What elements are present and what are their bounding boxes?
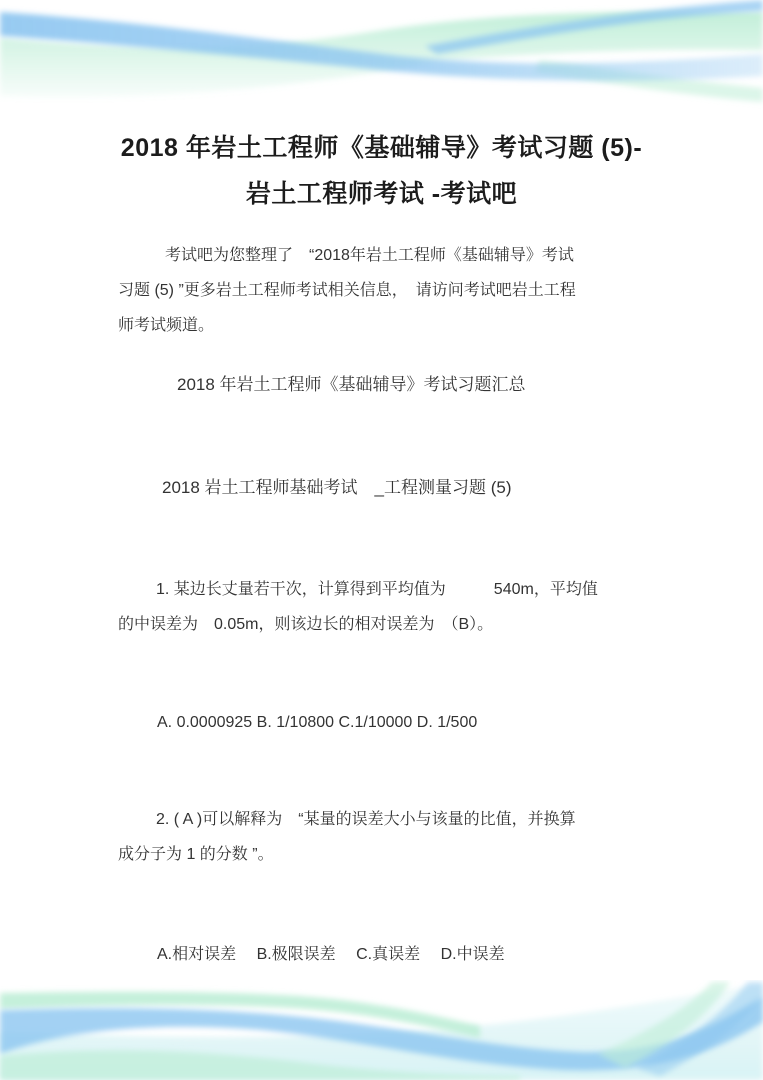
intro-line-2: 习题 (5) ”更多岩土工程师考试相关信息， 请访问考试吧岩土工程 — [118, 273, 652, 308]
exam-document-page: 2018 年岩土工程师《基础辅导》考试习题 (5)- 岩土工程师考试 -考试吧 … — [0, 0, 763, 1080]
top-wave-decoration — [0, 0, 763, 130]
question-2: 2. ( A )可以解释为 “某量的误差大小与该量的比值，并换算 成分子为 1 … — [118, 802, 652, 872]
page-title-line-2: 岩土工程师考试 -考试吧 — [0, 171, 763, 217]
question-2-line-1: 2. ( A )可以解释为 “某量的误差大小与该量的比值，并换算 — [118, 802, 652, 837]
question-1: 1. 某边长丈量若干次，计算得到平均值为 540m，平均值 的中误差为 0.05… — [118, 572, 652, 642]
question-1-options: A. 0.0000925 B. 1/10800 C.1/10000 D. 1/5… — [157, 712, 477, 734]
page-title-line-1: 2018 年岩土工程师《基础辅导》考试习题 (5)- — [0, 125, 763, 171]
question-1-line-2: 的中误差为 0.05m，则该边长的相对误差为 （B）。 — [118, 607, 652, 642]
bottom-wave-decoration — [0, 980, 763, 1080]
section-heading: 2018 岩土工程师基础考试 _工程测量习题 (5) — [162, 477, 512, 499]
question-2-line-2: 成分子为 1 的分数 ”。 — [118, 837, 652, 872]
page-title: 2018 年岩土工程师《基础辅导》考试习题 (5)- 岩土工程师考试 -考试吧 — [0, 125, 763, 217]
summary-heading: 2018 年岩土工程师《基础辅导》考试习题汇总 — [177, 374, 526, 396]
question-1-line-1: 1. 某边长丈量若干次，计算得到平均值为 540m，平均值 — [118, 572, 652, 607]
question-2-options: A.相对误差 B.极限误差 C.真误差 D.中误差 — [157, 944, 505, 966]
intro-line-3: 师考试频道。 — [118, 308, 652, 343]
intro-paragraph: 考试吧为您整理了 “2018年岩土工程师《基础辅导》考试 习题 (5) ”更多岩… — [118, 238, 652, 343]
intro-line-1: 考试吧为您整理了 “2018年岩土工程师《基础辅导》考试 — [118, 238, 652, 273]
